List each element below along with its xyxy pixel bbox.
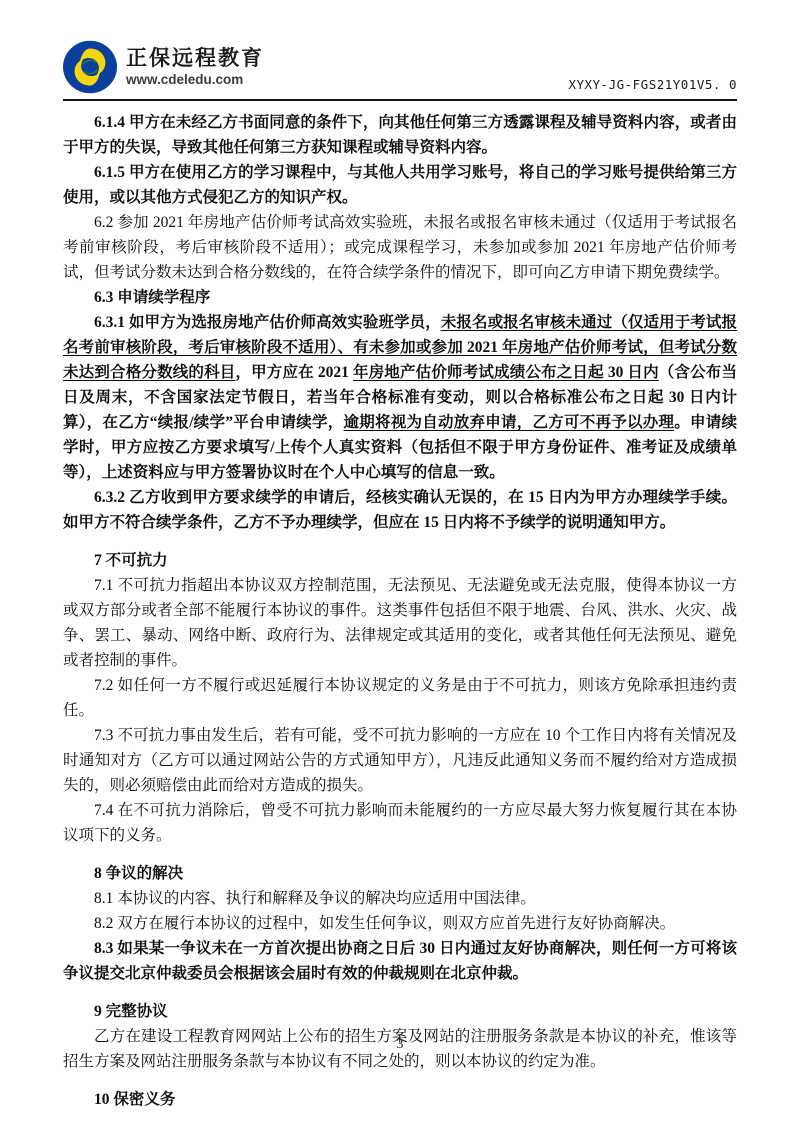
text-run: 6.2 参加 2021 年房地产估价师考试高效实验班，未报名或报名审核未通过（仅…: [63, 214, 737, 281]
text-run: 6.1.5 甲方在使用乙方的学习课程中，与其他人共用学习账号，将自己的学习账号提…: [63, 164, 737, 206]
text-run: 7 不可抗力: [94, 552, 168, 569]
text-run: 7.2 如任何一方不履行或迟延履行本协议规定的义务是由于不可抗力，则该方免除承担…: [63, 677, 737, 719]
text-run: 8.2 双方在履行本协议的过程中，如发生任何争议，则双方应首先进行友好协商解决。: [94, 915, 675, 932]
section-heading: 7 不可抗力: [63, 548, 737, 573]
paragraph: 6.3.1 如甲方为选报房地产估价师高效实验班学员，未报名或报名审核未通过（仅适…: [63, 310, 737, 485]
text-run: ，甲方应在 2021: [235, 364, 353, 381]
paragraph: 7.4 在不可抗力消除后，曾受不可抗力影响而未能履约的一方应尽最大努力恢复履行其…: [63, 798, 737, 848]
paragraph: 6.1.5 甲方在使用乙方的学习课程中，与其他人共用学习账号，将自己的学习账号提…: [63, 160, 737, 210]
paragraph: 6.1.4 甲方在未经乙方书面同意的条件下，向其他任何第三方透露课程及辅导资料内…: [63, 110, 737, 160]
text-run: 逾期将视为自动放弃申请，乙方可不再予以办理: [344, 414, 675, 431]
text-run: 10 保密义务: [94, 1091, 175, 1108]
text-run: 6.3 申请续学程序: [94, 289, 210, 306]
text-run: 6.3.1 如甲方为选报房地产估价师高效实验班学员，: [94, 314, 441, 331]
section-heading: 8 争议的解决: [63, 861, 737, 886]
paragraph: 8.1 本协议的内容、执行和解释及争议的解决均应适用中国法律。: [63, 886, 737, 911]
brand-text: 正保远程教育 www.cdeledu.com: [126, 47, 264, 88]
text-run: 7.3 不可抗力事由发生后，若有可能，受不可抗力影响的一方应在 10 个工作日内…: [63, 727, 737, 794]
paragraph: 7.3 不可抗力事由发生后，若有可能，受不可抗力影响的一方应在 10 个工作日内…: [63, 723, 737, 798]
company-logo-icon: [63, 40, 117, 94]
brand-url: www.cdeledu.com: [126, 73, 264, 88]
paragraph: 8.3 如果某一争议未在一方首次提出协商之日后 30 日内通过友好协商解决，则任…: [63, 936, 737, 986]
paragraph: 7.2 如任何一方不履行或迟延履行本协议规定的义务是由于不可抗力，则该方免除承担…: [63, 673, 737, 723]
text-run: 9 完整协议: [94, 1003, 168, 1020]
document-body: 6.1.4 甲方在未经乙方书面同意的条件下，向其他任何第三方透露课程及辅导资料内…: [63, 110, 737, 1112]
brand-block: 正保远程教育 www.cdeledu.com: [63, 40, 264, 94]
text-run: 6.3.2 乙方收到甲方要求续学的申请后，经核实确认无误的，在 15 日内为甲方…: [63, 489, 737, 531]
text-run: 8.1 本协议的内容、执行和解释及争议的解决均应适用中国法律。: [94, 890, 536, 907]
page-header: 正保远程教育 www.cdeledu.com XYXY-JG-FGS21Y01V…: [63, 40, 737, 101]
text-run: 8 争议的解决: [94, 865, 183, 882]
brand-name: 正保远程教育: [126, 47, 264, 70]
contract-page: 正保远程教育 www.cdeledu.com XYXY-JG-FGS21Y01V…: [0, 0, 800, 1131]
document-code: XYXY-JG-FGS21Y01V5. 0: [568, 77, 737, 92]
page-footer: 3: [0, 1037, 800, 1053]
section-heading: 9 完整协议: [63, 999, 737, 1024]
section-heading: 10 保密义务: [63, 1087, 737, 1112]
text-run: 7.1 不可抗力指超出本协议双方控制范围，无法预见、无法避免或无法克服，使得本协…: [63, 577, 737, 669]
text-run: 6.1.4 甲方在未经乙方书面同意的条件下，向其他任何第三方透露课程及辅导资料内…: [63, 114, 737, 156]
page-number: 3: [397, 1037, 404, 1052]
paragraph: 8.2 双方在履行本协议的过程中，如发生任何争议，则双方应首先进行友好协商解决。: [63, 911, 737, 936]
paragraph: 6.3.2 乙方收到甲方要求续学的申请后，经核实确认无误的，在 15 日内为甲方…: [63, 485, 737, 535]
section-heading: 6.3 申请续学程序: [63, 285, 737, 310]
paragraph: 6.2 参加 2021 年房地产估价师考试高效实验班，未报名或报名审核未通过（仅…: [63, 210, 737, 285]
text-run: 8.3 如果某一争议未在一方首次提出协商之日后 30 日内通过友好协商解决，则任…: [63, 940, 737, 982]
text-run: 7.4 在不可抗力消除后，曾受不可抗力影响而未能履约的一方应尽最大努力恢复履行其…: [63, 802, 737, 844]
text-run: 年房地产估价师考试成绩公布之日起 30 日内: [353, 364, 659, 381]
paragraph: 7.1 不可抗力指超出本协议双方控制范围，无法预见、无法避免或无法克服，使得本协…: [63, 573, 737, 673]
